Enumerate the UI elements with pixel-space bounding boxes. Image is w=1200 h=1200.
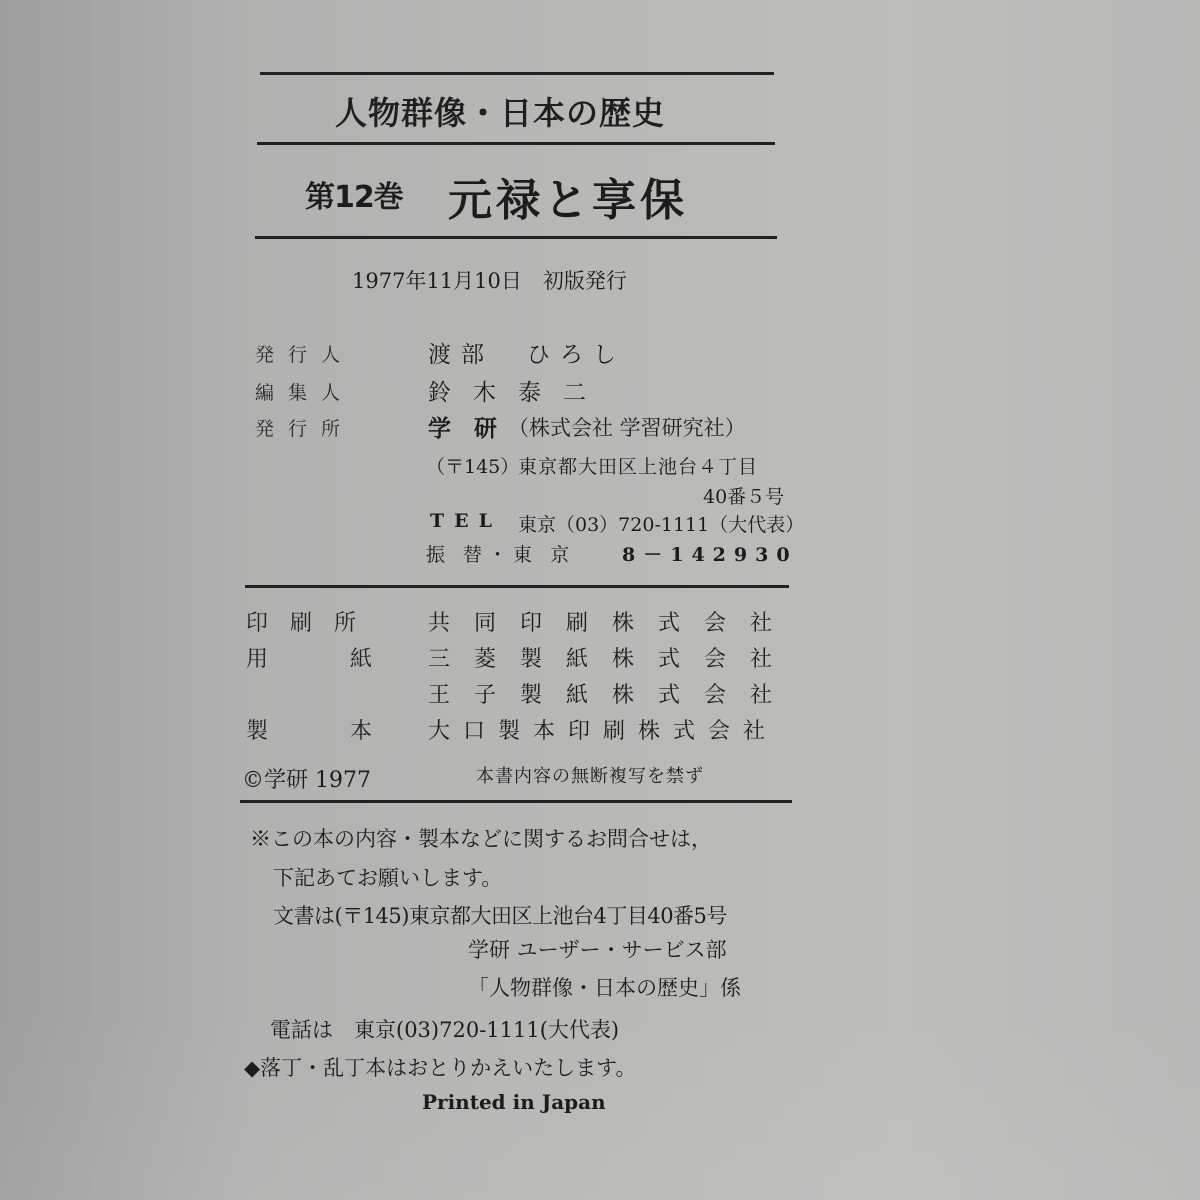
credit-value-printer: 共同印刷株式会社 [428, 606, 796, 637]
publisher-person-label: 発行人 [255, 340, 354, 367]
credit-label-binding: 製本 [246, 714, 454, 745]
series-title: 人物群像・日本の歴史 [335, 88, 665, 134]
credit-label-paper: 用紙 [246, 642, 454, 673]
edition-line: 1977年11月10日 初版発行 [352, 265, 627, 295]
tel-label: TEL [430, 510, 502, 532]
publisher-person-value: 渡部 ひろし [428, 336, 626, 369]
volume-number: 第12巻 [305, 172, 403, 216]
inquiry-line-7: ◆落丁・乱丁本はおとりかえいたします。 [244, 1052, 636, 1082]
transfer-value: 8－142930 [622, 540, 798, 567]
publisher-brand: 学 研 [428, 410, 497, 443]
title-divider-rule [257, 142, 775, 145]
inquiry-line-3: 文書は(〒145)東京都大田区上池台4丁目40番5号 [273, 900, 727, 930]
publisher-full-name: （株式会社 学習研究社） [508, 412, 746, 442]
credit-value-paper-2: 王子製紙株式会社 [428, 678, 796, 709]
volume-title: 元禄と享保 [448, 164, 688, 228]
top-rule [260, 72, 774, 75]
inquiry-line-5: 「人物群像・日本の歴史」係 [468, 972, 741, 1002]
editor-value: 鈴木泰二 [428, 374, 608, 407]
postal-code: （〒145） [426, 452, 519, 479]
credit-value-binding: 大口製本印刷株式会社 [428, 714, 778, 745]
tel-value: 東京（03）720-1111（大代表） [518, 510, 804, 537]
inquiry-line-1: ※この本の内容・製本などに関するお問合せは， [250, 823, 712, 853]
credits-bottom-rule [240, 800, 792, 803]
copyright-notice: ©学研 1977 [242, 763, 371, 794]
printed-in-japan: Printed in Japan [422, 1090, 606, 1114]
copyright-restriction: 本書内容の無断複写を禁ず [476, 762, 704, 788]
credit-value-paper-1: 三菱製紙株式会社 [428, 642, 796, 673]
credits-top-rule [245, 585, 789, 588]
inquiry-line-4: 学研 ユーザー・サービス部 [468, 934, 727, 964]
credit-label-printer: 印刷所 [246, 606, 378, 637]
transfer-label: 振 替・東 京 [426, 540, 575, 567]
editor-label: 編集人 [255, 378, 354, 405]
inquiry-line-6: 電話は 東京(03)720-1111(大代表) [270, 1014, 619, 1044]
publishing-house-label: 発行所 [255, 414, 354, 441]
inquiry-line-2: 下記あてお願いします。 [273, 862, 502, 892]
address-line-1: 東京都大田区上池台４丁目 [518, 452, 758, 479]
title-bottom-rule [255, 236, 777, 239]
address-line-2: 40番５号 [703, 482, 784, 509]
